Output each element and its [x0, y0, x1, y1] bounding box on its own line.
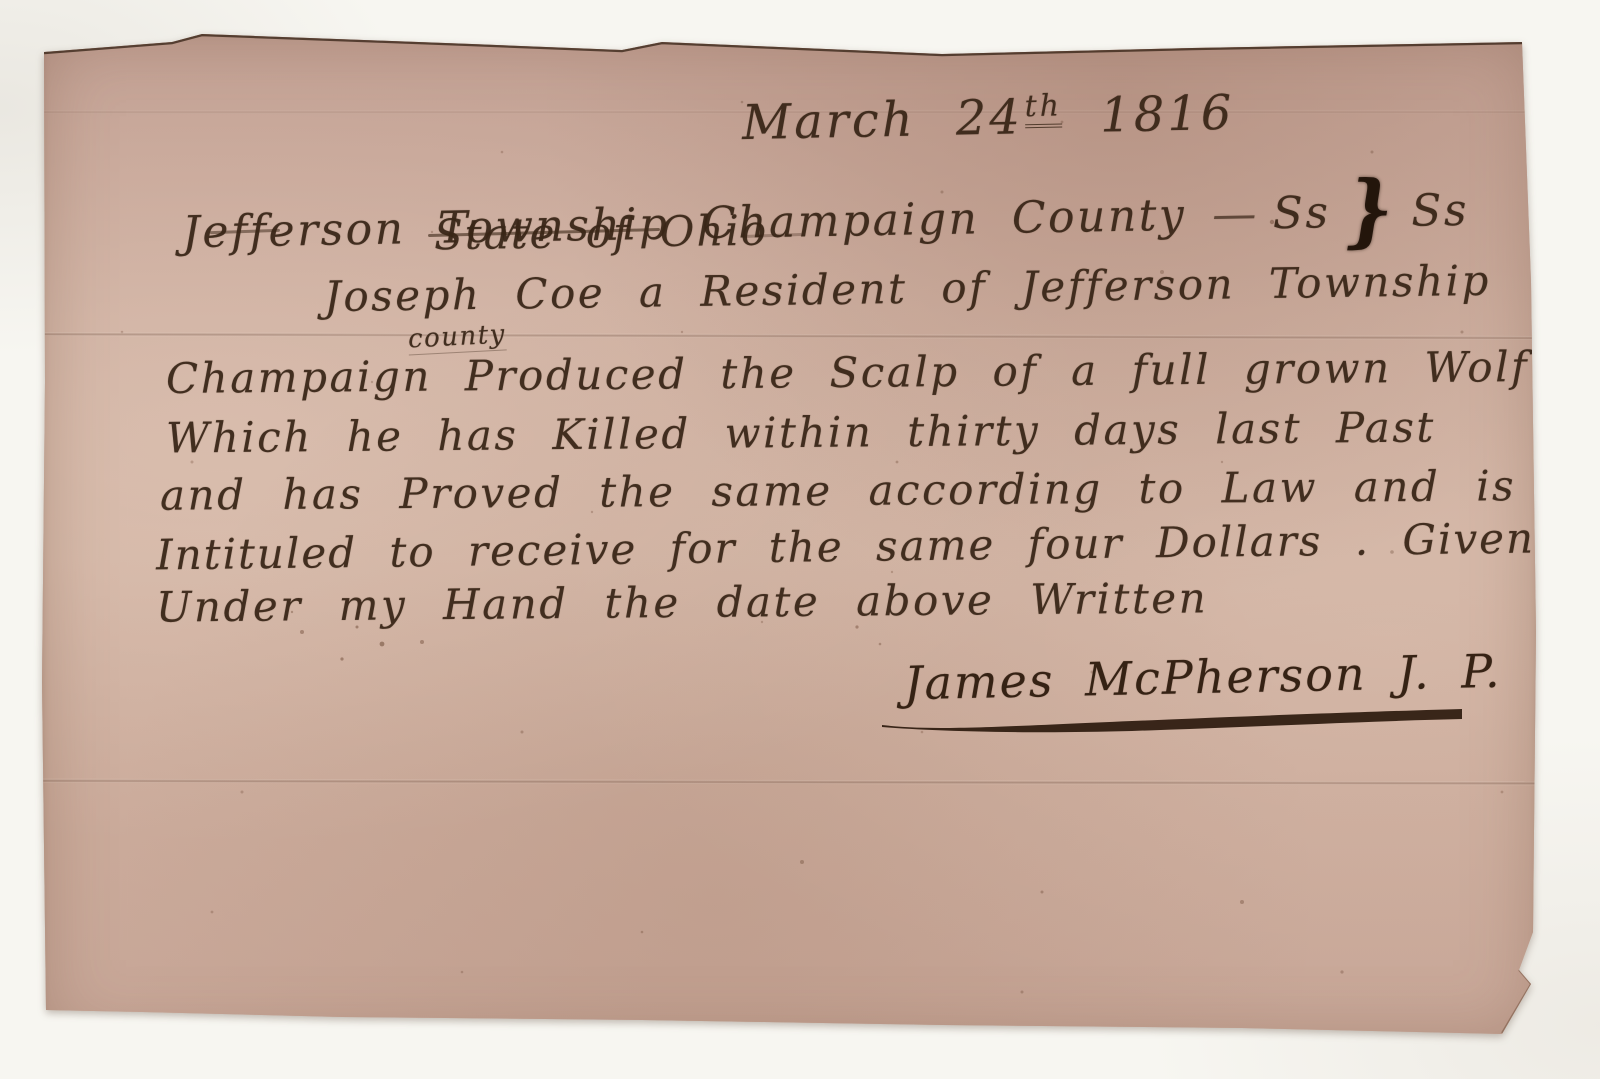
date-day: March 24 [741, 89, 1023, 151]
date-ordinal: th [1024, 88, 1062, 128]
body-line-1: Joseph Coe a Resident of Jefferson Towns… [324, 256, 1491, 321]
ss-mark-right: Ss [1411, 185, 1470, 237]
body-line-2: Champaign Produced the Scalp of a full g… [166, 342, 1529, 403]
body-line-6: Under my Hand the date above Written [156, 573, 1209, 631]
flourish-dash: — [1212, 188, 1259, 240]
brace-mark: } [1346, 162, 1396, 256]
ss-mark-left: Ss [1272, 187, 1331, 239]
date-year: 1816 [1100, 85, 1235, 144]
date-line: March 24th1816 [741, 85, 1234, 151]
signature: James McPherson J. P. [904, 644, 1503, 711]
scanned-document-scene: March 24th1816 Jefferson Township Champa… [0, 0, 1600, 1079]
fold-crease [42, 332, 1537, 340]
document-paper: March 24th1816 Jefferson Township Champa… [42, 32, 1537, 1044]
body-line-5: Intituled to receive for the same four D… [156, 514, 1536, 580]
jurisdiction-line: Jefferson Township Champaign County—Ss}S… [181, 157, 1469, 264]
body-line-3: Which he has Killed within thirty days l… [166, 402, 1436, 462]
paper-shadow-wrapper: March 24th1816 Jefferson Township Champa… [0, 0, 1600, 1079]
fold-crease [42, 779, 1537, 786]
body-line-4: and has Proved the same according to Law… [160, 461, 1516, 519]
